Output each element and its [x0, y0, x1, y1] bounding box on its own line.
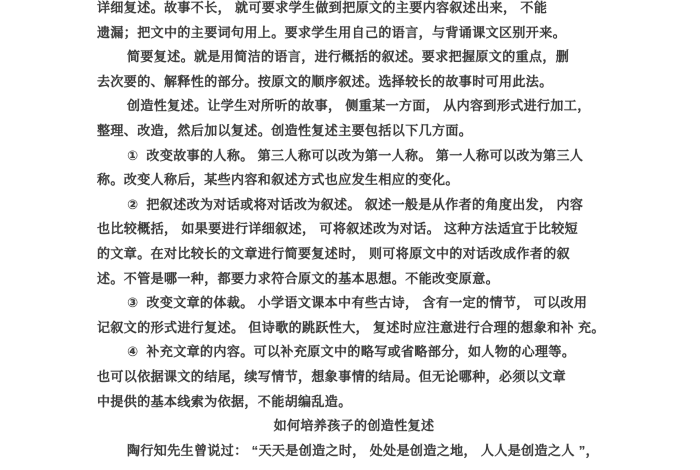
text-line: 记叙文的形式进行复述。 但诗歌的跳跃性大， 复述时应注意进行合理的想象和补 充。: [97, 316, 611, 341]
text-line: 详细复述。故事不长， 就可要求学生做到把原文的主要内容叙述出来， 不能: [97, 0, 611, 21]
document-page: 详细复述。故事不长， 就可要求学生做到把原文的主要内容叙述出来， 不能 遗漏；把…: [0, 0, 700, 470]
list-item-1: ① 改变故事的人称。 第三人称可以改为第一人称。 第一人称可以改为第三人: [97, 144, 611, 169]
document-text-block: 详细复述。故事不长， 就可要求学生做到把原文的主要内容叙述出来， 不能 遗漏；把…: [97, 0, 611, 463]
text-line: 创造性复述。让学生对所听的故事， 侧重某一方面， 从内容到形式进行加工，: [97, 94, 611, 119]
text-line: 陶行知先生曾说过： “天天是创造之时， 处处是创造之地， 人人是创造之人 ”，: [97, 439, 611, 464]
list-item-4: ④ 补充文章的内容。可以补充原文中的略写或省略部分，如人物的心理等。: [97, 340, 611, 365]
text-line: 遗漏；把文中的主要词句用上。要求学生用自己的语言，与背诵课文区别开来。: [97, 21, 611, 46]
list-item-2: ② 把叙述改为对话或将对话改为叙述。 叙述一般是从作者的角度出发， 内容: [97, 193, 611, 218]
text-line: 简要复述。就是用简洁的语言，进行概括的叙述。要求把握原文的重点，删: [97, 45, 611, 70]
section-heading: 如何培养孩子的创造性复述: [97, 414, 611, 439]
text-line: 的文章。在对比较长的文章进行简要复述时， 则可将原文中的对话改成作者的叙: [97, 242, 611, 267]
text-line: 也比较概括， 如果要进行详细叙述， 可将叙述改为对话。 这种方法适宜于比较短: [97, 217, 611, 242]
text-line: 整理、改造，然后加以复述。创造性复述主要包括以下几方面。: [97, 119, 611, 144]
text-line: 述。不管是哪一种，都要力求符合原文的基本思想。不能改变原意。: [97, 267, 611, 292]
text-line: 也可以依据课文的结尾，续写情节，想象事情的结局。但无论哪种，必须以文章: [97, 365, 611, 390]
text-line: 去次要的、解释性的部分。按原文的顺序叙述。选择较长的故事时可用此法。: [97, 70, 611, 95]
text-line: 中提供的基本线索为依据，不能胡编乱造。: [97, 390, 611, 415]
list-item-3: ③ 改变文章的体裁。 小学语文课本中有些古诗， 含有一定的情节， 可以改用: [97, 291, 611, 316]
text-line: 称。改变人称后，某些内容和叙述方式也应发生相应的变化。: [97, 168, 611, 193]
